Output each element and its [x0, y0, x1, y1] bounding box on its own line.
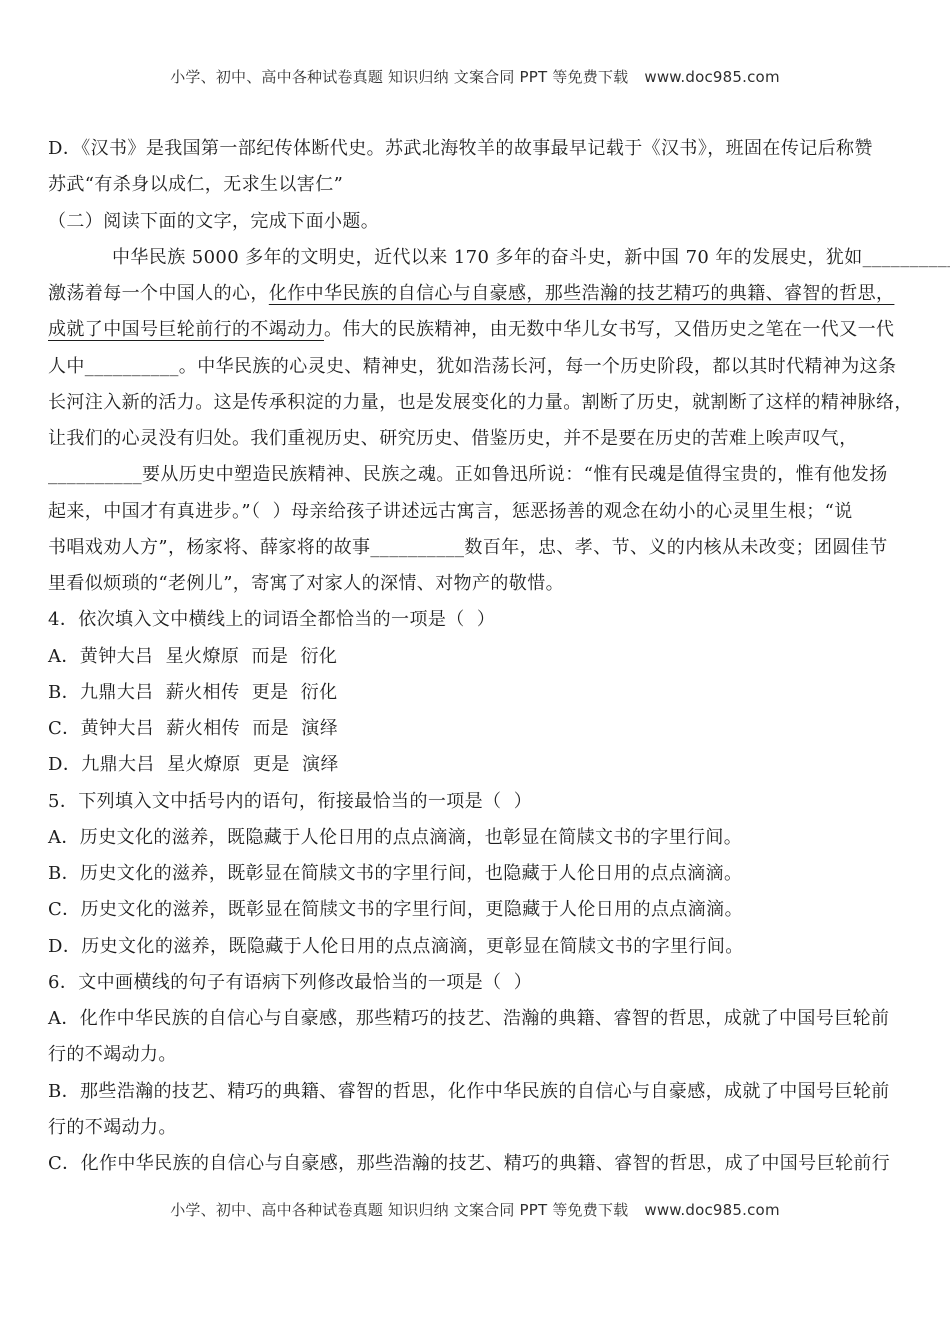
- passage-line-9: 书唱戏劝人方”，杨家将、薛家将的故事__________数百年，忠、孝、节、义的…: [48, 528, 908, 564]
- question-5: 5．下列填入文中括号内的语句，衔接最恰当的一项是（ ）: [48, 782, 908, 818]
- passage-line-10: 里看似烦琐的“老例儿”，寄寓了对家人的深情、对物产的敬惜。: [48, 564, 908, 600]
- text-segment: 让我们的心灵没有归处。我们重视历史、研究历史、借鉴历史，并不是要在历史的苦难上唉…: [48, 424, 858, 450]
- header-url: www.doc985.com: [644, 68, 779, 86]
- text-segment: B．九鼎大吕 薪火相传 更是 衍化: [48, 678, 338, 704]
- q5-option-b: B．历史文化的滋养，既彰显在简牍文书的字里行间，也隐藏于人伦日用的点点滴滴。: [48, 854, 908, 890]
- text-segment: D．《汉书》是我国第一部纪传体断代史。苏武北海牧羊的故事最早记载于《汉书》，班固…: [48, 134, 873, 160]
- q6-option-a-line-1: A．化作中华民族的自信心与自豪感，那些精巧的技艺、浩瀚的典籍、睿智的哲思，成就了…: [48, 999, 908, 1035]
- document-page: 小学、初中、高中各种试卷真题 知识归纳 文案合同 PPT 等免费下载www.do…: [0, 0, 950, 1344]
- q5-option-a: A．历史文化的滋养，既隐藏于人伦日用的点点滴滴，也彰显在简牍文书的字里行间。: [48, 818, 908, 854]
- page-header: 小学、初中、高中各种试卷真题 知识归纳 文案合同 PPT 等免费下载www.do…: [0, 66, 950, 87]
- text-segment: 行的不竭动力。: [48, 1040, 177, 1066]
- q6-option-b-line-1: B．那些浩瀚的技艺、精巧的典籍、睿智的哲思，化作中华民族的自信心与自豪感，成就了…: [48, 1072, 908, 1108]
- passage-line-1: 中华民族 5000 多年的文明史，近代以来 170 多年的奋斗史，新中国 70 …: [48, 238, 908, 274]
- q5-option-c: C．历史文化的滋养，既彰显在简牍文书的字里行间，更隐藏于人伦日用的点点滴滴。: [48, 890, 908, 926]
- q6-option-b-line-2: 行的不竭动力。: [48, 1108, 908, 1144]
- text-segment: 5．下列填入文中括号内的语句，衔接最恰当的一项是（ ）: [48, 787, 532, 813]
- text-segment: C．化作中华民族的自信心与自豪感，那些浩瀚的技艺、精巧的典籍、睿智的哲思，成了中…: [48, 1149, 890, 1175]
- passage-line-7: __________要从历史中塑造民族精神、民族之魂。正如鲁迅所说：“惟有民魂是…: [48, 455, 908, 491]
- q5-option-d: D．历史文化的滋养，既隐藏于人伦日用的点点滴滴，更彰显在简牍文书的字里行间。: [48, 927, 908, 963]
- page-footer: 小学、初中、高中各种试卷真题 知识归纳 文案合同 PPT 等免费下载www.do…: [0, 1199, 950, 1220]
- text-segment: 行的不竭动力。: [48, 1113, 177, 1139]
- passage-line-8: 起来，中国才有真进步。”（ ）母亲给孩子讲述远古寓言，惩恶扬善的观念在幼小的心灵…: [48, 492, 908, 528]
- text-segment: A．黄钟大吕 星火燎原 而是 衍化: [48, 642, 337, 668]
- text-segment: 6．文中画横线的句子有语病下列修改最恰当的一项是（ ）: [48, 968, 532, 994]
- prev-option-d-line-1: D．《汉书》是我国第一部纪传体断代史。苏武北海牧羊的故事最早记载于《汉书》，班固…: [48, 129, 908, 165]
- text-segment: 人中__________。中华民族的心灵史、精神史，犹如浩荡长河，每一个历史阶段…: [48, 352, 896, 378]
- text-segment: B．历史文化的滋养，既彰显在简牍文书的字里行间，也隐藏于人伦日用的点点滴滴。: [48, 859, 742, 885]
- text-segment: 里看似烦琐的“老例儿”，寄寓了对家人的深情、对物产的敬惜。: [48, 569, 564, 595]
- underlined-text-segment: 成就了中国号巨轮前行的不竭动力: [48, 315, 324, 341]
- text-segment: A．历史文化的滋养，既隐藏于人伦日用的点点滴滴，也彰显在简牍文书的字里行间。: [48, 823, 742, 849]
- text-segment: C．黄钟大吕 薪火相传 而是 演绎: [48, 714, 338, 740]
- text-segment: 书唱戏劝人方”，杨家将、薛家将的故事__________数百年，忠、孝、节、义的…: [48, 533, 888, 559]
- text-segment: 苏武“有杀身以成仁，无求生以害仁”: [48, 170, 343, 196]
- underlined-text-segment: 化作中华民族的自信心与自豪感，那些浩瀚的技艺精巧的典籍、睿智的哲思，: [269, 279, 895, 305]
- passage-line-6: 让我们的心灵没有归处。我们重视历史、研究历史、借鉴历史，并不是要在历史的苦难上唉…: [48, 419, 908, 455]
- footer-text: 小学、初中、高中各种试卷真题 知识归纳 文案合同 PPT 等免费下载: [170, 1201, 628, 1219]
- text-segment: 中华民族 5000 多年的文明史，近代以来 170 多年的奋斗史，新中国 70 …: [112, 243, 950, 269]
- q4-option-c: C．黄钟大吕 薪火相传 而是 演绎: [48, 709, 908, 745]
- text-segment: D．九鼎大吕 星火燎原 更是 演绎: [48, 750, 339, 776]
- passage-line-4: 人中__________。中华民族的心灵史、精神史，犹如浩荡长河，每一个历史阶段…: [48, 347, 908, 383]
- text-segment: 起来，中国才有真进步。”（ ）母亲给孩子讲述远古寓言，惩恶扬善的观念在幼小的心灵…: [48, 497, 853, 523]
- q6-option-a-line-2: 行的不竭动力。: [48, 1035, 908, 1071]
- section-2-heading: （二）阅读下面的文字，完成下面小题。: [48, 202, 908, 238]
- passage-line-2: 激荡着每一个中国人的心，化作中华民族的自信心与自豪感，那些浩瀚的技艺精巧的典籍、…: [48, 274, 908, 310]
- passage-line-5: 长河注入新的活力。这是传承积淀的力量，也是发展变化的力量。割断了历史，就割断了这…: [48, 383, 908, 419]
- document-body: D．《汉书》是我国第一部纪传体断代史。苏武北海牧羊的故事最早记载于《汉书》，班固…: [48, 129, 908, 1180]
- text-segment: D．历史文化的滋养，既隐藏于人伦日用的点点滴滴，更彰显在简牍文书的字里行间。: [48, 932, 744, 958]
- question-4: 4．依次填入文中横线上的词语全都恰当的一项是（ ）: [48, 600, 908, 636]
- text-segment: 。伟大的民族精神，由无数中华儿女书写，又借历史之笔在一代又一代: [324, 315, 894, 341]
- text-segment: B．那些浩瀚的技艺、精巧的典籍、睿智的哲思，化作中华民族的自信心与自豪感，成就了…: [48, 1077, 890, 1103]
- text-segment: A．化作中华民族的自信心与自豪感，那些精巧的技艺、浩瀚的典籍、睿智的哲思，成就了…: [48, 1004, 889, 1030]
- text-segment: C．历史文化的滋养，既彰显在简牍文书的字里行间，更隐藏于人伦日用的点点滴滴。: [48, 895, 743, 921]
- q4-option-d: D．九鼎大吕 星火燎原 更是 演绎: [48, 745, 908, 781]
- text-segment: __________要从历史中塑造民族精神、民族之魂。正如鲁迅所说：“惟有民魂是…: [48, 460, 888, 486]
- text-segment: 长河注入新的活力。这是传承积淀的力量，也是发展变化的力量。割断了历史，就割断了这…: [48, 388, 913, 414]
- q6-option-c-line-1: C．化作中华民族的自信心与自豪感，那些浩瀚的技艺、精巧的典籍、睿智的哲思，成了中…: [48, 1144, 908, 1180]
- prev-option-d-line-2: 苏武“有杀身以成仁，无求生以害仁”: [48, 165, 908, 201]
- text-segment: （二）阅读下面的文字，完成下面小题。: [48, 207, 379, 233]
- header-text: 小学、初中、高中各种试卷真题 知识归纳 文案合同 PPT 等免费下载: [170, 68, 628, 86]
- passage-line-3: 成就了中国号巨轮前行的不竭动力。伟大的民族精神，由无数中华儿女书写，又借历史之笔…: [48, 310, 908, 346]
- q4-option-b: B．九鼎大吕 薪火相传 更是 衍化: [48, 673, 908, 709]
- footer-url: www.doc985.com: [644, 1201, 779, 1219]
- text-segment: 激荡着每一个中国人的心，: [48, 279, 269, 305]
- question-6: 6．文中画横线的句子有语病下列修改最恰当的一项是（ ）: [48, 963, 908, 999]
- q4-option-a: A．黄钟大吕 星火燎原 而是 衍化: [48, 637, 908, 673]
- text-segment: 4．依次填入文中横线上的词语全都恰当的一项是（ ）: [48, 605, 495, 631]
